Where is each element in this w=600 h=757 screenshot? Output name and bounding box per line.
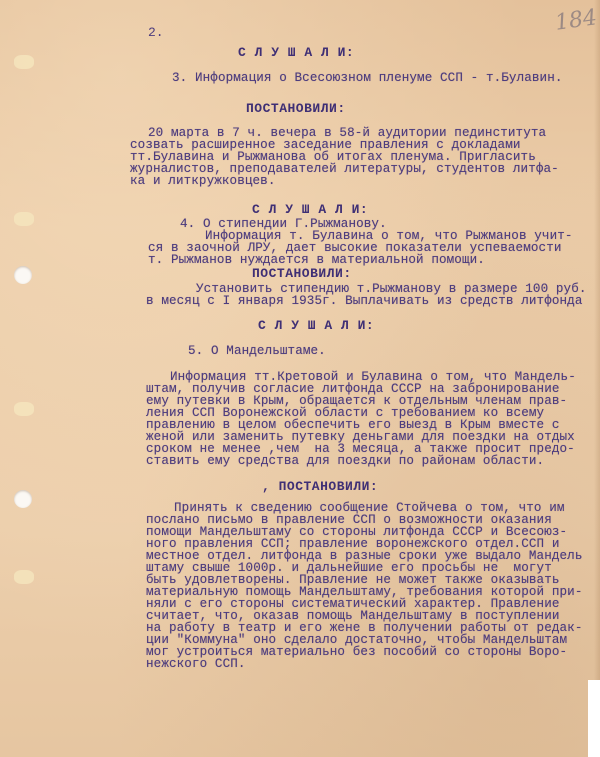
text-line: ка и литкружковцев. [130,175,276,187]
resolution-heading: ПОСТАНОВИЛИ: [246,101,346,116]
resolution-heading: , ПОСТАНОВИЛИ: [262,479,378,494]
section-heading-listened: С Л У Ш А Л И: [238,45,354,60]
page-edge [594,0,600,757]
agenda-item: 3. Информация о Всесоюзном пленуме ССП -… [172,72,563,84]
margin-stain [14,55,34,69]
text-line: в месяц с I января 1935г. Выплачивать из… [146,295,582,307]
punch-hole [14,490,32,508]
resolution-heading: ПОСТАНОВИЛИ: [252,266,352,281]
page-number: 2. [148,25,164,40]
margin-stain [14,212,34,226]
agenda-item: 5. О Мандельштаме. [188,345,326,357]
text-line: нежского ССП. [146,658,246,670]
torn-corner [588,680,600,757]
punch-hole [14,266,32,284]
section-heading-listened: С Л У Ш А Л И: [258,318,374,333]
margin-stain [14,402,34,416]
section-heading-listened: С Л У Ш А Л И: [252,202,368,217]
text-line: т. Рыжманов нуждается в материальной пом… [148,254,485,266]
margin-stain [14,570,34,584]
text-line: ставить ему средства для поездки по райо… [146,455,544,467]
